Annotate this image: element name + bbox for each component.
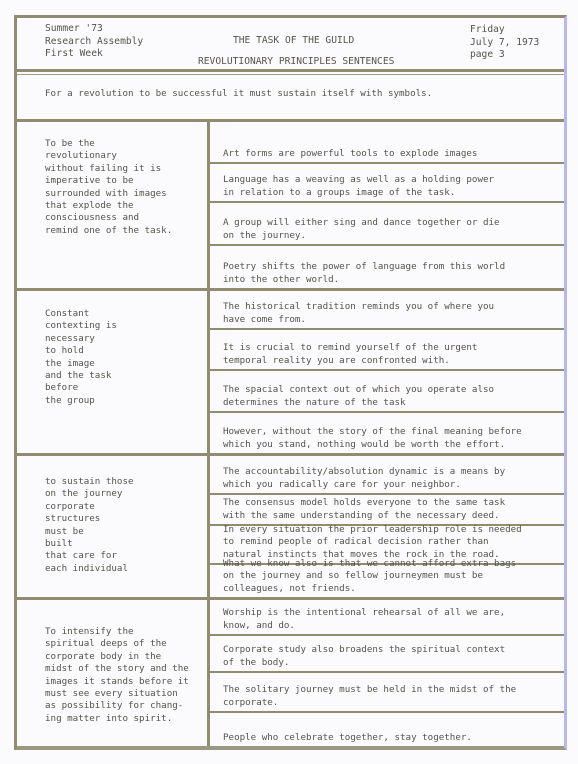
principle-section: Constant contexting is necessary to hold… — [17, 291, 564, 456]
sentence-text: Worship is the intentional rehearsal of … — [223, 607, 505, 632]
sentence-text: Art forms are powerful tools to explode … — [223, 148, 477, 160]
document-subtitle: REVOLUTIONARY PRINCIPLES SENTENCES — [198, 56, 394, 67]
intro-row: For a revolution to be successful it mus… — [17, 75, 564, 122]
header-session-info: Summer '73 Research Assembly First Week — [45, 23, 143, 61]
sentence-text: A group will either sing and dance toget… — [223, 217, 500, 242]
header-date-page: Friday July 7, 1973 page 3 — [470, 24, 539, 62]
sentence-text: Poetry shifts the power of language from… — [223, 261, 505, 286]
principle-text: to sustain those on the journey corporat… — [45, 476, 134, 575]
principle-cell: to sustain those on the journey corporat… — [17, 456, 210, 597]
sentence-row: People who celebrate together, stay toge… — [210, 713, 564, 746]
principle-section: To be the revolutionary without failing … — [17, 122, 564, 291]
principle-section: to sustain those on the journey corporat… — [17, 456, 564, 600]
sentence-row: Art forms are powerful tools to explode … — [210, 122, 564, 164]
document-header: Summer '73 Research Assembly First Week … — [17, 18, 564, 72]
principle-text: To be the revolutionary without failing … — [45, 138, 172, 237]
document-frame: Summer '73 Research Assembly First Week … — [14, 15, 567, 750]
sentence-row: Corporate study also broadens the spirit… — [210, 636, 564, 673]
sentence-text: The accountability/absolution dynamic is… — [223, 466, 505, 491]
sentence-text: In every situation the prior leadership … — [223, 524, 522, 561]
sentence-text: What we know also is that we cannot affo… — [223, 558, 516, 595]
sentence-row: The consensus model holds everyone to th… — [210, 495, 564, 526]
principle-text: To intensify the spiritual deeps of the … — [45, 626, 189, 725]
principle-text: Constant contexting is necessary to hold… — [45, 308, 117, 407]
sentence-text: Language has a weaving as well as a hold… — [223, 174, 494, 199]
sentence-text: The solitary journey must be held in the… — [223, 684, 516, 709]
document-title: THE TASK OF THE GUILD — [233, 35, 354, 46]
principle-cell: To intensify the spiritual deeps of the … — [17, 600, 210, 746]
sentence-text: The spacial context out of which you ope… — [223, 384, 494, 409]
sentence-text: Corporate study also broadens the spirit… — [223, 644, 505, 669]
principle-cell: Constant contexting is necessary to hold… — [17, 291, 210, 453]
sentence-row: Worship is the intentional rehearsal of … — [210, 600, 564, 636]
sentence-row: The accountability/absolution dynamic is… — [210, 456, 564, 495]
sentence-row: The solitary journey must be held in the… — [210, 673, 564, 713]
sentence-row: The spacial context out of which you ope… — [210, 371, 564, 413]
sentence-text: People who celebrate together, stay toge… — [223, 732, 472, 744]
sentence-text: The consensus model holds everyone to th… — [223, 497, 505, 522]
sentence-row: Language has a weaving as well as a hold… — [210, 164, 564, 203]
sentence-text: The historical tradition reminds you of … — [223, 301, 494, 326]
sentence-row: What we know also is that we cannot affo… — [210, 565, 564, 597]
principle-section: To intensify the spiritual deeps of the … — [17, 600, 564, 748]
sentence-row: The historical tradition reminds you of … — [210, 291, 564, 330]
sentence-row: A group will either sing and dance toget… — [210, 203, 564, 246]
intro-statement: For a revolution to be successful it mus… — [45, 88, 432, 99]
sentence-text: It is crucial to remind yourself of the … — [223, 342, 477, 367]
sentence-row: However, without the story of the final … — [210, 413, 564, 453]
sentence-text: However, without the story of the final … — [223, 426, 522, 451]
sentence-row: It is crucial to remind yourself of the … — [210, 330, 564, 371]
sentence-row: Poetry shifts the power of language from… — [210, 246, 564, 288]
principle-cell: To be the revolutionary without failing … — [17, 122, 210, 288]
